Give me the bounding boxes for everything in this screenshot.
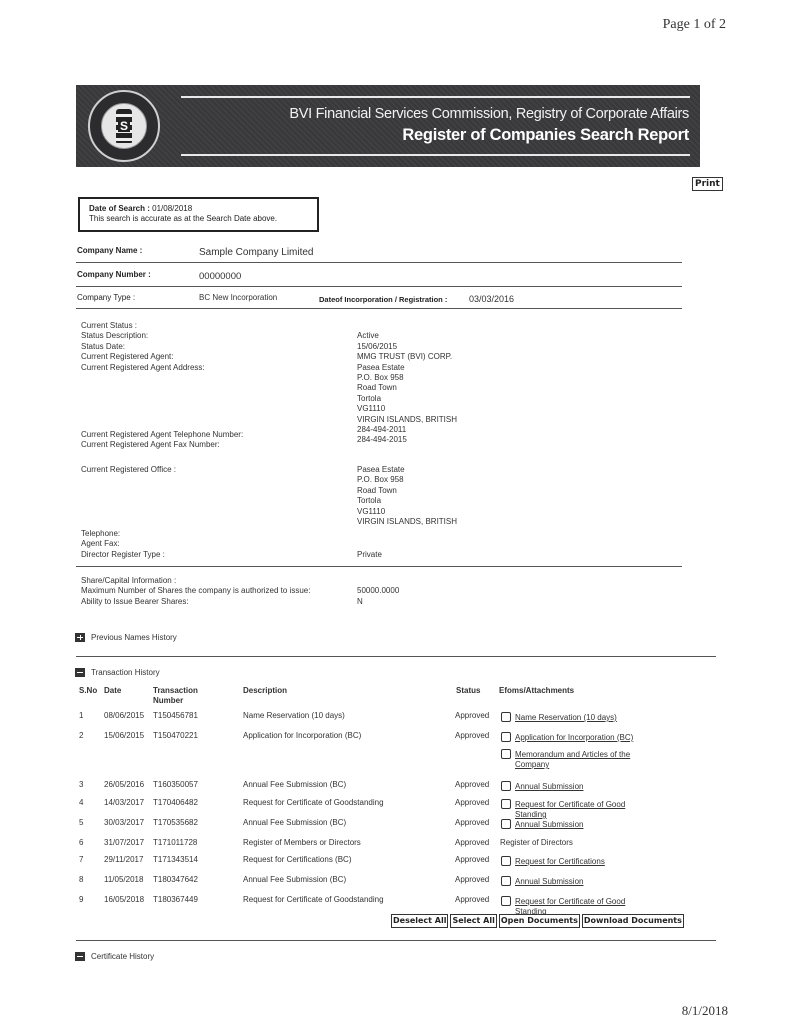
attachment-link[interactable]: Memorandum and Articles of the Company bbox=[515, 750, 655, 770]
bearer-shares: N bbox=[357, 597, 399, 607]
page-number: Page 1 of 2 bbox=[663, 17, 726, 33]
attachment-checkbox[interactable] bbox=[501, 799, 511, 809]
attachment-checkbox[interactable] bbox=[501, 819, 511, 829]
registered-office-label: Current Registered Office : bbox=[81, 465, 176, 475]
attachment-checkbox[interactable] bbox=[501, 749, 511, 759]
document-actions: Deselect All Select All Open Documents D… bbox=[391, 914, 684, 928]
divider bbox=[76, 286, 682, 287]
incorporation-date: 03/03/2016 bbox=[469, 294, 514, 304]
row-status: Approved bbox=[455, 798, 489, 807]
attachment-link[interactable]: Annual Submission bbox=[515, 820, 583, 830]
company-name-label: Company Name : bbox=[77, 246, 142, 255]
row-date: 31/07/2017 bbox=[104, 838, 144, 847]
row-status: Approved bbox=[455, 855, 489, 864]
row-description: Annual Fee Submission (BC) bbox=[243, 780, 346, 789]
status-date: 15/06/2015 bbox=[357, 342, 457, 352]
agent-address-line: VIRGIN ISLANDS, BRITISH bbox=[357, 415, 457, 425]
row-transaction-number: T170535682 bbox=[153, 818, 198, 827]
deselect-all-button[interactable]: Deselect All bbox=[391, 914, 448, 928]
attachment-checkbox[interactable] bbox=[501, 896, 511, 906]
banner-rule bbox=[181, 154, 690, 156]
col-header-status: Status bbox=[456, 686, 480, 696]
telephone-label: Telephone: bbox=[81, 529, 165, 539]
agent-address-line: Road Town bbox=[357, 383, 457, 393]
row-transaction-number: T180347642 bbox=[153, 875, 198, 884]
current-status-heading: Current Status : bbox=[81, 321, 205, 331]
header-subtitle: BVI Financial Services Commission, Regis… bbox=[289, 106, 689, 122]
agent-fax-label-2: Agent Fax: bbox=[81, 539, 165, 549]
attachment-item: Name Reservation (10 days) bbox=[501, 713, 617, 723]
attachment-link[interactable]: Name Reservation (10 days) bbox=[515, 713, 617, 723]
row-date: 14/03/2017 bbox=[104, 798, 144, 807]
max-shares: 50000.0000 bbox=[357, 586, 399, 596]
director-register-type: Private bbox=[357, 550, 382, 560]
col-header-sno: S.No bbox=[79, 686, 97, 696]
divider bbox=[76, 940, 716, 941]
attachment-link[interactable]: Annual Submission bbox=[515, 782, 583, 792]
office-address-line: VG1110 bbox=[357, 507, 457, 517]
col-header-description: Description bbox=[243, 686, 287, 696]
attachment-checkbox[interactable] bbox=[501, 732, 511, 742]
col-header-transaction-number: TransactionNumber bbox=[153, 686, 198, 706]
attachment-item: Annual Submission bbox=[501, 877, 583, 887]
agent-address-line: P.O. Box 958 bbox=[357, 373, 457, 383]
attachment-checkbox[interactable] bbox=[501, 781, 511, 791]
office-address-line: Pasea Estate bbox=[357, 465, 457, 475]
attachment-item: Memorandum and Articles of the Company bbox=[501, 750, 655, 770]
previous-names-toggle[interactable]: Previous Names History bbox=[75, 633, 177, 642]
row-status: Approved bbox=[455, 731, 489, 740]
row-transaction-number: T180367449 bbox=[153, 895, 198, 904]
certificate-history-label: Certificate History bbox=[91, 952, 154, 961]
attachment-text: Register of Directors bbox=[500, 838, 573, 848]
col-header-attachments: Efoms/Attachments bbox=[499, 686, 574, 696]
company-number: 00000000 bbox=[199, 271, 241, 282]
row-status: Approved bbox=[455, 711, 489, 720]
row-sno: 3 bbox=[79, 780, 83, 789]
agent-address-line: VG1110 bbox=[357, 404, 457, 414]
row-description: Name Reservation (10 days) bbox=[243, 711, 345, 720]
expand-icon[interactable] bbox=[75, 633, 85, 642]
row-date: 16/05/2018 bbox=[104, 895, 144, 904]
row-date: 15/06/2015 bbox=[104, 731, 144, 740]
header-title: Register of Companies Search Report bbox=[402, 126, 689, 145]
transaction-history-label: Transaction History bbox=[91, 668, 160, 677]
row-status: Approved bbox=[455, 780, 489, 789]
divider bbox=[76, 262, 682, 263]
status-description: Active bbox=[357, 331, 457, 341]
row-date: 08/06/2015 bbox=[104, 711, 144, 720]
office-address-line: VIRGIN ISLANDS, BRITISH bbox=[357, 517, 457, 527]
attachment-link[interactable]: Request for Certifications bbox=[515, 857, 605, 867]
row-description: Request for Certifications (BC) bbox=[243, 855, 351, 864]
row-transaction-number: T170406482 bbox=[153, 798, 198, 807]
divider bbox=[76, 566, 682, 567]
row-description: Application for Incorporation (BC) bbox=[243, 731, 361, 740]
search-date-box: Date of Search : 01/08/2018 This search … bbox=[78, 197, 319, 232]
divider bbox=[76, 656, 716, 657]
attachment-link[interactable]: Application for Incorporation (BC) bbox=[515, 733, 633, 743]
fsc-seal-logo: S bbox=[88, 90, 160, 162]
company-number-label: Company Number : bbox=[77, 270, 151, 279]
row-status: Approved bbox=[455, 838, 489, 847]
attachment-item: Request for Certificate of Good Standing bbox=[501, 800, 655, 820]
attachment-link[interactable]: Annual Submission bbox=[515, 877, 583, 887]
registered-agent-label: Current Registered Agent: bbox=[81, 352, 205, 362]
attachment-item: Register of Directors bbox=[500, 838, 573, 848]
status-date-label: Status Date: bbox=[81, 342, 205, 352]
row-transaction-number: T150456781 bbox=[153, 711, 198, 720]
attachment-link[interactable]: Request for Certificate of Good Standing bbox=[515, 800, 655, 820]
row-date: 30/03/2017 bbox=[104, 818, 144, 827]
office-address-line: Road Town bbox=[357, 486, 457, 496]
row-transaction-number: T160350057 bbox=[153, 780, 198, 789]
row-sno: 2 bbox=[79, 731, 83, 740]
bearer-shares-label: Ability to Issue Bearer Shares: bbox=[81, 597, 310, 607]
row-description: Register of Members or Directors bbox=[243, 838, 361, 847]
row-status: Approved bbox=[455, 895, 489, 904]
search-date-label: Date of Search : bbox=[89, 204, 150, 213]
transaction-history-toggle[interactable]: Transaction History bbox=[75, 668, 160, 677]
row-sno: 8 bbox=[79, 875, 83, 884]
attachment-item: Request for Certifications bbox=[501, 857, 605, 867]
attachment-checkbox[interactable] bbox=[501, 856, 511, 866]
footer-date: 8/1/2018 bbox=[682, 1003, 728, 1019]
agent-fax-label: Current Registered Agent Fax Number: bbox=[81, 440, 243, 450]
attachment-item: Application for Incorporation (BC) bbox=[501, 733, 633, 743]
status-description-label: Status Description: bbox=[81, 331, 205, 341]
row-date: 11/05/2018 bbox=[104, 875, 143, 884]
download-documents-button[interactable]: Download Documents bbox=[582, 914, 684, 928]
office-address-line: P.O. Box 958 bbox=[357, 475, 457, 485]
company-type-label: Company Type : bbox=[77, 293, 135, 302]
agent-address-label: Current Registered Agent Address: bbox=[81, 363, 205, 373]
banner-rule bbox=[181, 96, 690, 98]
attachment-item: Annual Submission bbox=[501, 820, 583, 830]
row-date: 26/05/2016 bbox=[104, 780, 144, 789]
capital-heading: Share/Capital Information : bbox=[81, 576, 310, 586]
agent-address-line: Pasea Estate bbox=[357, 363, 457, 373]
agent-address-line: Tortola bbox=[357, 394, 457, 404]
row-transaction-number: T150470221 bbox=[153, 731, 198, 740]
search-date-value: 01/08/2018 bbox=[152, 204, 192, 213]
row-sno: 6 bbox=[79, 838, 83, 847]
row-sno: 1 bbox=[79, 711, 83, 720]
row-description: Annual Fee Submission (BC) bbox=[243, 818, 346, 827]
attachment-item: Annual Submission bbox=[501, 782, 583, 792]
row-description: Request for Certificate of Goodstanding bbox=[243, 798, 384, 807]
previous-names-label: Previous Names History bbox=[91, 633, 177, 642]
select-all-button[interactable]: Select All bbox=[450, 914, 496, 928]
print-button[interactable]: Print bbox=[692, 177, 723, 191]
search-note: This search is accurate as at the Search… bbox=[89, 214, 317, 224]
collapse-icon[interactable] bbox=[75, 668, 85, 677]
row-status: Approved bbox=[455, 875, 489, 884]
collapse-icon[interactable] bbox=[75, 952, 85, 961]
row-sno: 5 bbox=[79, 818, 83, 827]
row-description: Annual Fee Submission (BC) bbox=[243, 875, 346, 884]
attachment-checkbox[interactable] bbox=[501, 876, 511, 886]
row-status: Approved bbox=[455, 818, 489, 827]
certificate-history-toggle[interactable]: Certificate History bbox=[75, 952, 154, 961]
agent-fax: 284-494-2015 bbox=[357, 435, 457, 445]
row-sno: 7 bbox=[79, 855, 83, 864]
row-sno: 4 bbox=[79, 798, 83, 807]
company-type: BC New Incorporation bbox=[199, 293, 277, 302]
open-documents-button[interactable]: Open Documents bbox=[499, 914, 580, 928]
attachment-checkbox[interactable] bbox=[501, 712, 511, 722]
row-sno: 9 bbox=[79, 895, 83, 904]
registered-agent: MMG TRUST (BVI) CORP. bbox=[357, 352, 457, 362]
lighthouse-icon: S bbox=[116, 109, 132, 143]
director-register-label: Director Register Type : bbox=[81, 550, 165, 560]
company-name: Sample Company Limited bbox=[199, 247, 314, 258]
row-transaction-number: T171011728 bbox=[153, 838, 197, 847]
max-shares-label: Maximum Number of Shares the company is … bbox=[81, 586, 310, 596]
office-address-line: Tortola bbox=[357, 496, 457, 506]
row-description: Request for Certificate of Goodstanding bbox=[243, 895, 384, 904]
agent-phone: 284-494-2011 bbox=[357, 425, 457, 435]
incorporation-date-label: Dateof Incorporation / Registration : bbox=[319, 295, 447, 304]
col-header-date: Date bbox=[104, 686, 121, 696]
row-date: 29/11/2017 bbox=[104, 855, 143, 864]
agent-phone-label: Current Registered Agent Telephone Numbe… bbox=[81, 430, 243, 440]
divider bbox=[76, 308, 682, 309]
header-banner: S BVI Financial Services Commission, Reg… bbox=[76, 85, 700, 167]
row-transaction-number: T171343514 bbox=[153, 855, 198, 864]
